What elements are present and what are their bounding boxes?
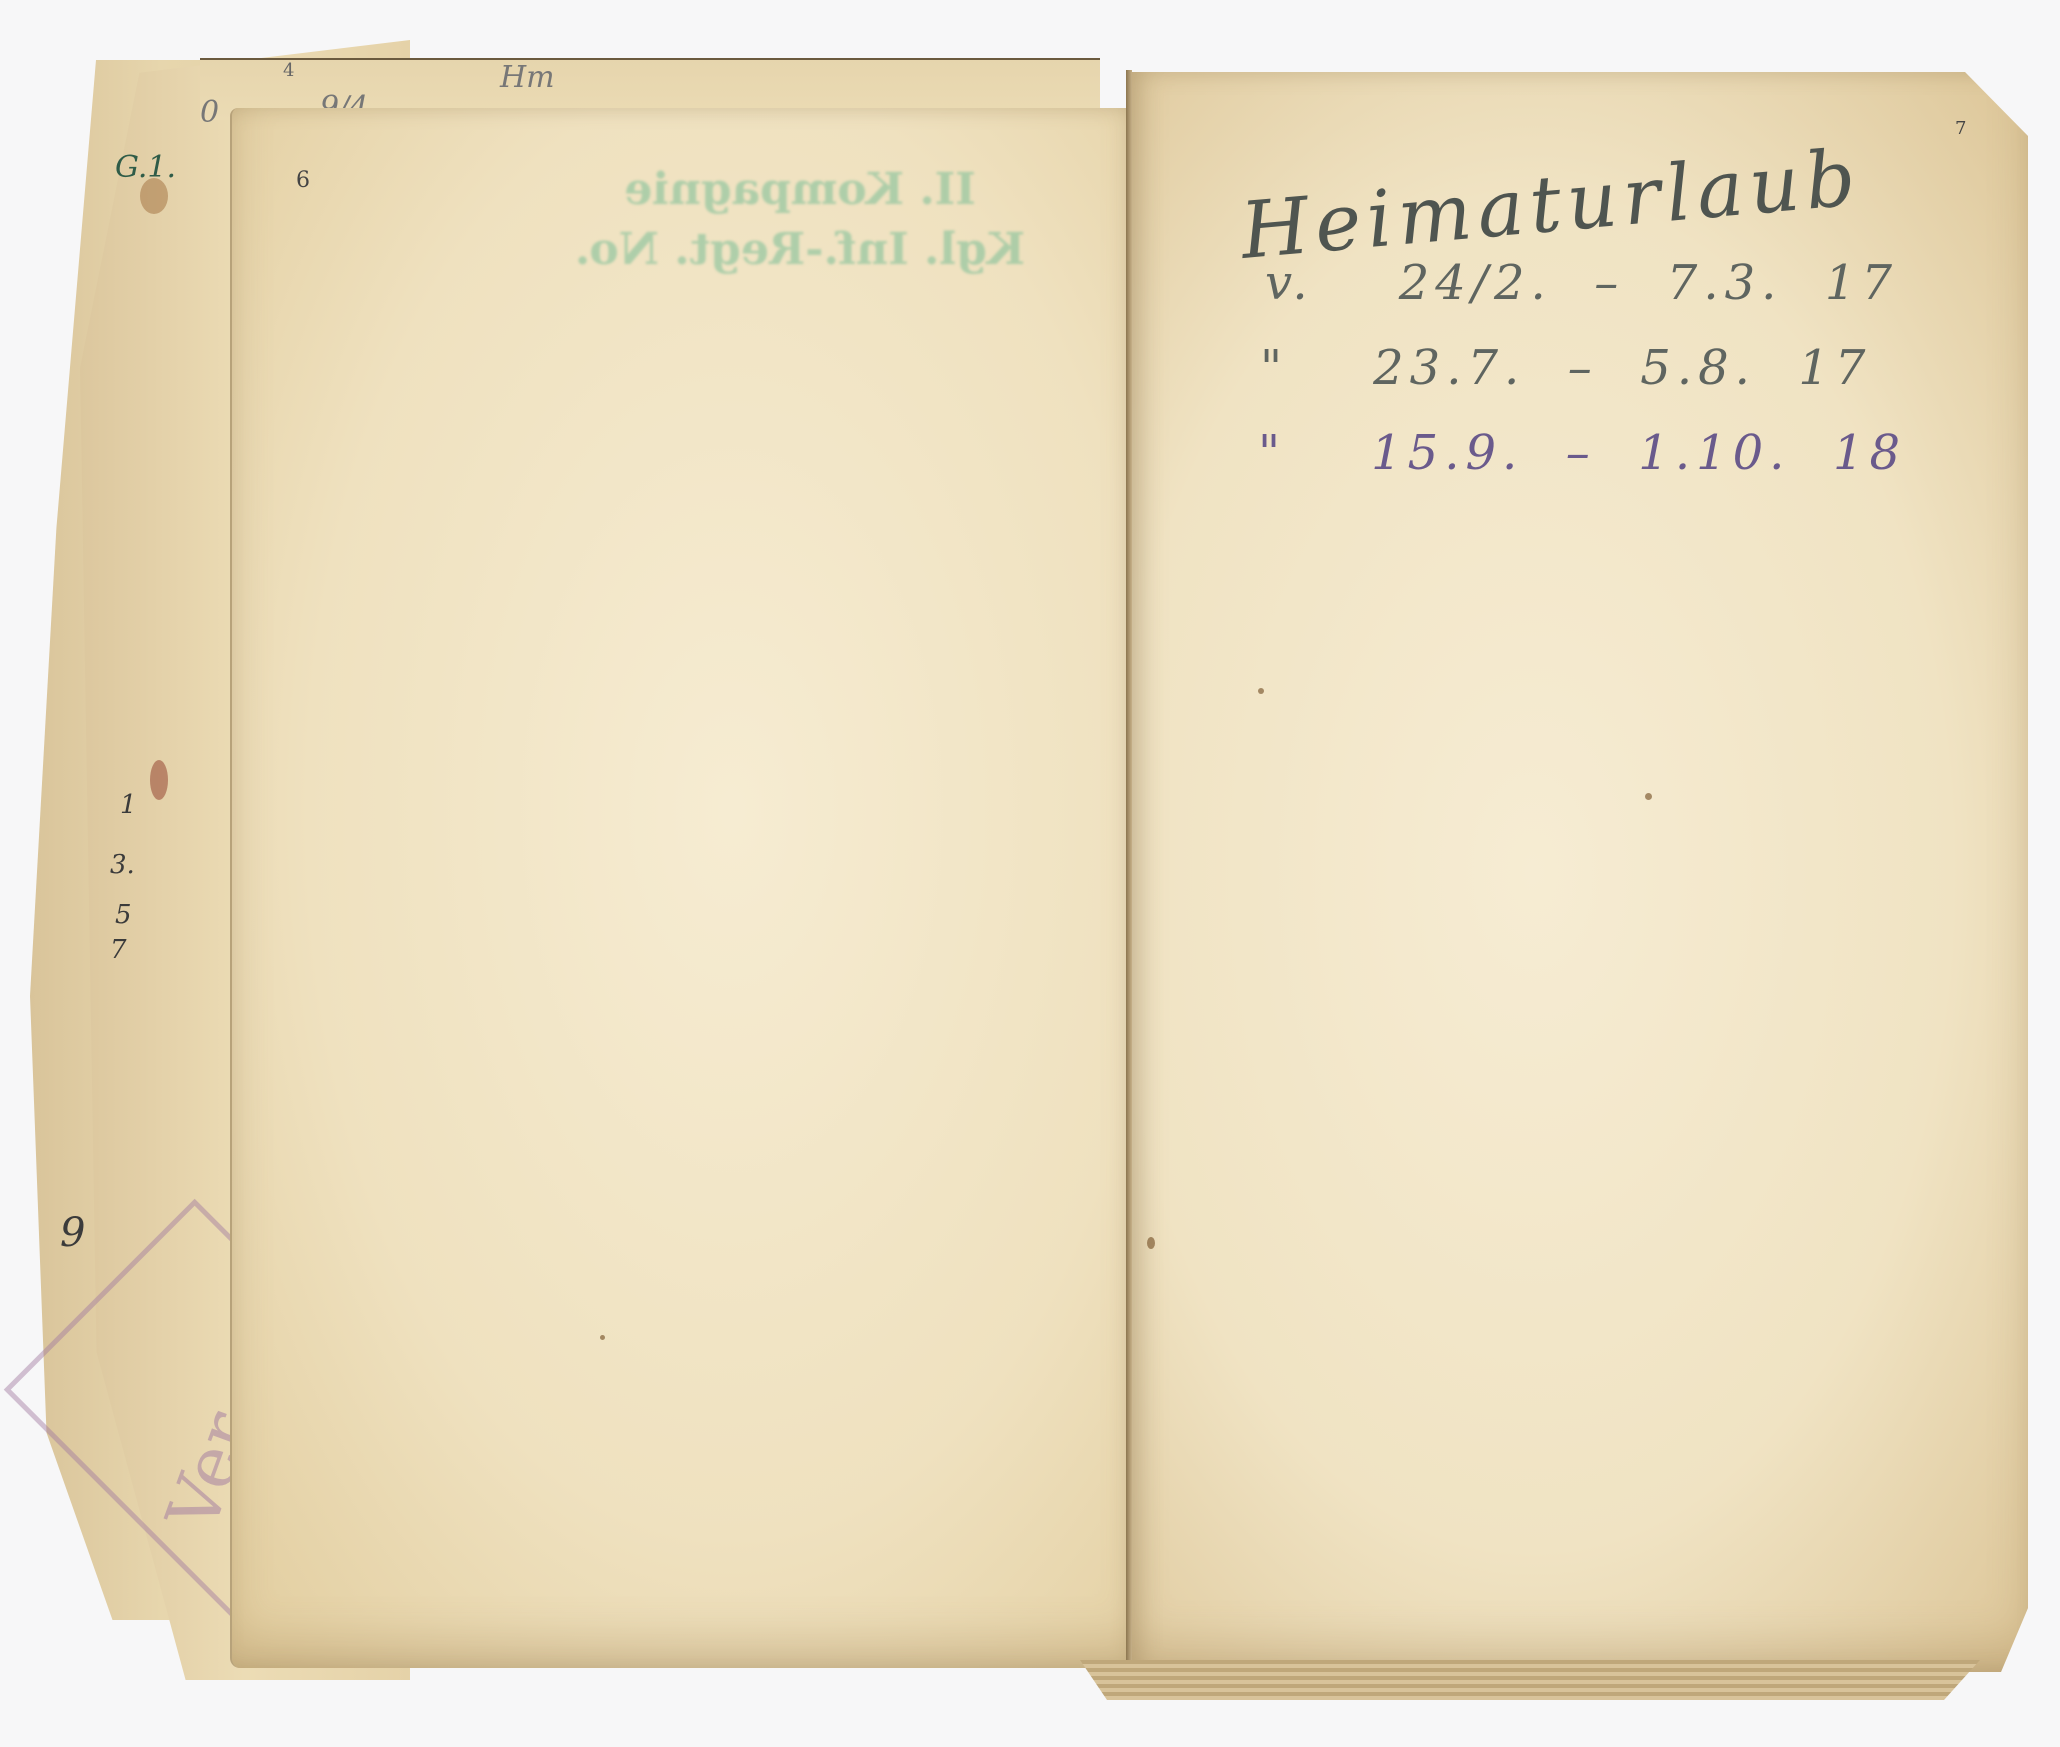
left-page-number: 6: [296, 168, 310, 193]
edge-note: G.1.: [115, 150, 176, 185]
leave-entry-1: v. 24/2. – 7.3. 17: [1265, 255, 1898, 311]
right-page: [1128, 72, 2028, 1672]
top-note-3: Hm: [500, 60, 555, 95]
entry-to: 5.8.: [1640, 340, 1756, 396]
edge-number-3: 5: [115, 900, 132, 930]
page-edges-bottom: [1080, 1660, 1980, 1700]
edge-number-1: 1: [120, 790, 137, 820]
back-page-number: 4: [283, 60, 294, 81]
stamp-line-2: Kgl. Inf.-Regt. No.: [500, 220, 1100, 280]
top-note-1: 0: [200, 95, 219, 130]
entry-prefix: ": [1260, 340, 1288, 396]
entry-year: 18: [1833, 425, 1906, 481]
entry-to: 7.3.: [1667, 255, 1783, 311]
entry-from: 15.9.: [1371, 425, 1523, 481]
entry-sep: –: [1568, 340, 1598, 396]
book-gutter: [1126, 70, 1132, 1670]
edge-number-4: 7: [110, 935, 127, 965]
entry-sep: –: [1566, 425, 1596, 481]
foxing-spot: [1645, 793, 1652, 800]
entry-from: 24/2.: [1399, 255, 1552, 311]
foxing-spot: [1147, 1237, 1155, 1249]
entry-from: 23.7.: [1373, 340, 1525, 396]
left-page: [230, 108, 1142, 1668]
stain: [140, 178, 168, 214]
leave-entry-2: " 23.7. – 5.8. 17: [1260, 340, 1871, 396]
green-stamp-offset: II. Kompagnie Kgl. Inf.-Regt. No.: [500, 160, 1100, 290]
edge-note-bottom: 9: [60, 1210, 85, 1256]
foxing-spot: [600, 1335, 605, 1340]
edge-number-2: 3.: [110, 850, 135, 880]
red-stain: [150, 760, 168, 800]
foxing-spot: [1258, 688, 1264, 694]
entry-prefix: v.: [1265, 255, 1314, 311]
entry-prefix: ": [1258, 425, 1286, 481]
entry-sep: –: [1594, 255, 1624, 311]
entry-to: 1.10.: [1638, 425, 1790, 481]
right-page-number: 7: [1955, 118, 1966, 139]
stamp-line-1: II. Kompagnie: [500, 160, 1100, 220]
entry-year: 17: [1825, 255, 1898, 311]
leave-entry-3: " 15.9. – 1.10. 18: [1258, 425, 1906, 481]
entry-year: 17: [1798, 340, 1871, 396]
